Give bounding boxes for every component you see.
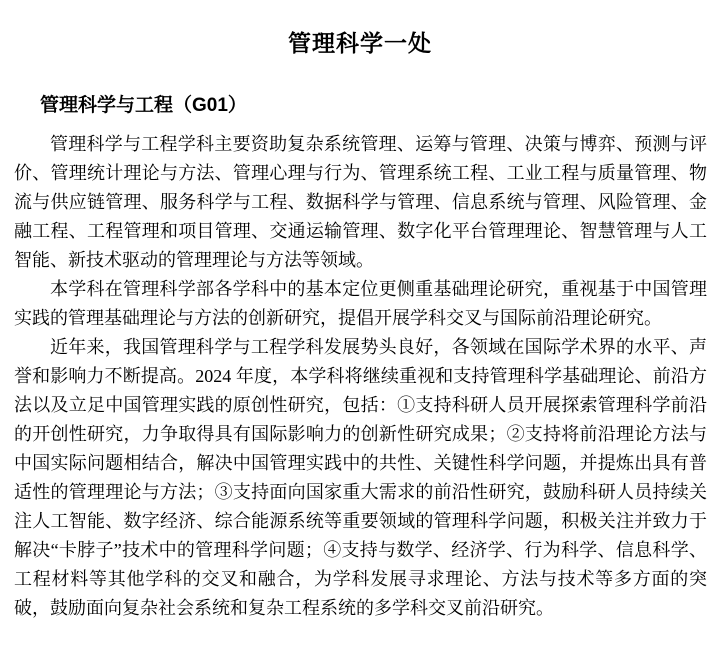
document-title: 管理科学一处 bbox=[0, 0, 720, 58]
paragraph-2024-priorities: 近年来，我国管理科学与工程学科发展势头良好，各领域在国际学术界的水平、声誉和影响… bbox=[14, 333, 707, 623]
paragraph-funding-scope: 管理科学与工程学科主要资助复杂系统管理、运筹与管理、决策与博弈、预测与评价、管理… bbox=[14, 130, 707, 275]
document-page: 管理科学一处 管理科学与工程（G01） 管理科学与工程学科主要资助复杂系统管理、… bbox=[0, 0, 720, 650]
document-body: 管理科学与工程学科主要资助复杂系统管理、运筹与管理、决策与博弈、预测与评价、管理… bbox=[0, 130, 720, 623]
section-heading-discipline-code: 管理科学与工程（G01） bbox=[40, 90, 720, 117]
paragraph-discipline-positioning: 本学科在管理科学部各学科中的基本定位更侧重基础理论研究，重视基于中国管理实践的管… bbox=[14, 275, 707, 333]
